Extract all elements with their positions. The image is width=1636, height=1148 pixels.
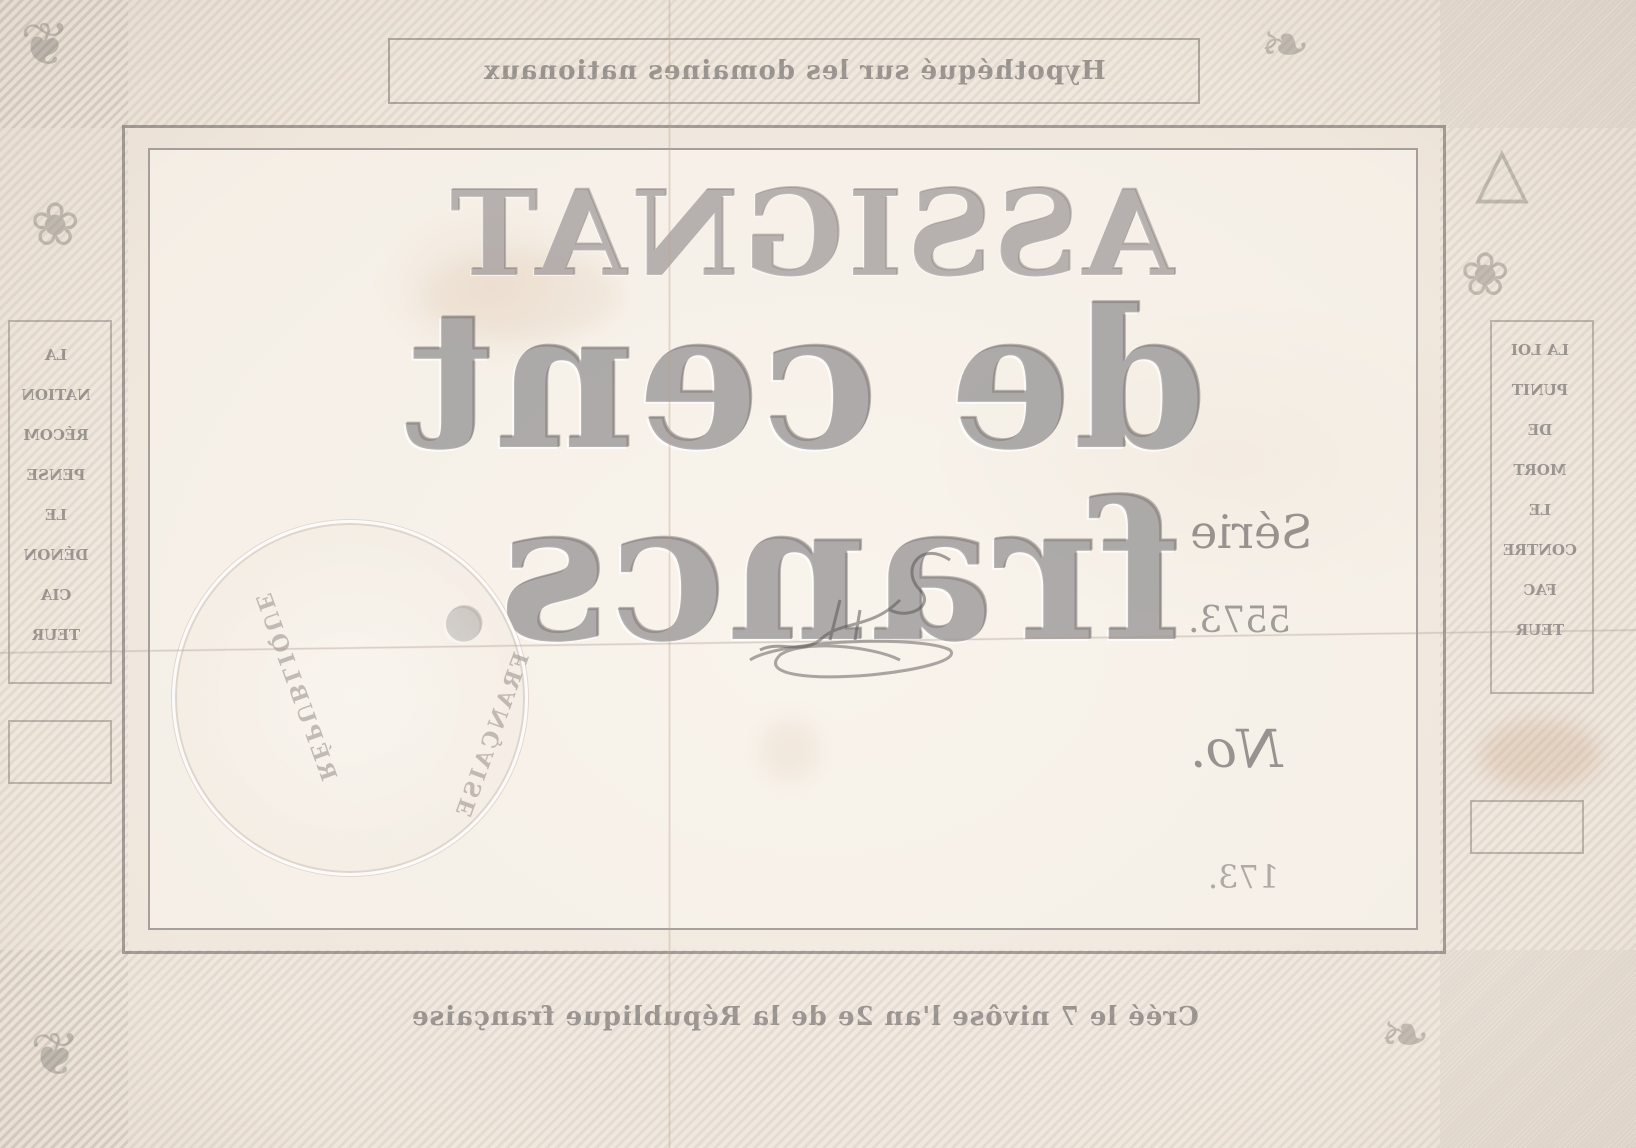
left-panel-text: LA NATION RÉCOM PENSE LE DÉNON CIA TEUR — [8, 335, 104, 655]
top-cartouche-text: Hypothéqué sur les domaines nationaux — [483, 56, 1106, 86]
left-panel-line: CIA — [8, 575, 104, 615]
right-panel-text: LA LOI PUNIT DE MORT LE CONTRE FAC TEUR — [1492, 330, 1588, 650]
number-label-text: No. — [1190, 720, 1282, 780]
right-panel-line: PUNIT — [1492, 370, 1588, 410]
top-cartouche: Hypothéqué sur les domaines nationaux — [388, 38, 1200, 104]
right-panel-line: MORT — [1492, 450, 1588, 490]
left-panel-line: LA — [8, 335, 104, 375]
wreath-ornament-icon: ❀ — [30, 190, 80, 260]
bottom-line: Créé le 7 nivôse l'an 2e de la Républiqu… — [290, 1000, 1320, 1034]
right-panel-line: CONTRE — [1492, 530, 1588, 570]
wreath-ornament-icon: ❀ — [1460, 240, 1510, 310]
left-lower-box — [8, 720, 112, 784]
serie-label-text: Série — [1190, 505, 1313, 559]
right-panel-line: DE — [1492, 410, 1588, 450]
fold-line-vertical — [668, 0, 671, 1148]
corner-ornament-bottom-left: ❦ — [30, 1020, 80, 1090]
signature — [720, 540, 980, 700]
seal-text: RÉPUBLIQUE — [249, 587, 342, 784]
right-panel-line: LA LOI — [1492, 330, 1588, 370]
number-value-text: 173. — [1208, 858, 1279, 896]
stain — [1480, 720, 1600, 790]
left-panel-line: TEUR — [8, 615, 104, 655]
left-panel-line: DÉNON — [8, 535, 104, 575]
banknote: Hypothéqué sur les domaines nationaux ❦ … — [0, 0, 1636, 1148]
corner-ornament-top-left: ❦ — [20, 10, 70, 80]
serie-label: Série — [1190, 505, 1313, 559]
left-panel-line: NATION — [8, 375, 104, 415]
right-lower-box — [1470, 800, 1584, 854]
left-panel-line: RÉCOM — [8, 415, 104, 455]
corner-ornament-top-right: ❧ — [1260, 10, 1310, 80]
right-panel-line: LE — [1492, 490, 1588, 530]
number-label: No. — [1190, 720, 1282, 780]
number-value: 173. — [1208, 858, 1279, 896]
left-panel-line: LE — [8, 495, 104, 535]
left-panel-line: PENSE — [8, 455, 104, 495]
right-panel-line: FAC — [1492, 570, 1588, 610]
corner-ornament-bottom-right: ❧ — [1380, 1000, 1430, 1070]
embossed-seal: RÉPUBLIQUE FRANÇAISE — [172, 520, 528, 876]
triangle-ornament-icon: △ — [1475, 130, 1529, 212]
bottom-line-text: Créé le 7 nivôse l'an 2e de la Républiqu… — [411, 1002, 1199, 1032]
